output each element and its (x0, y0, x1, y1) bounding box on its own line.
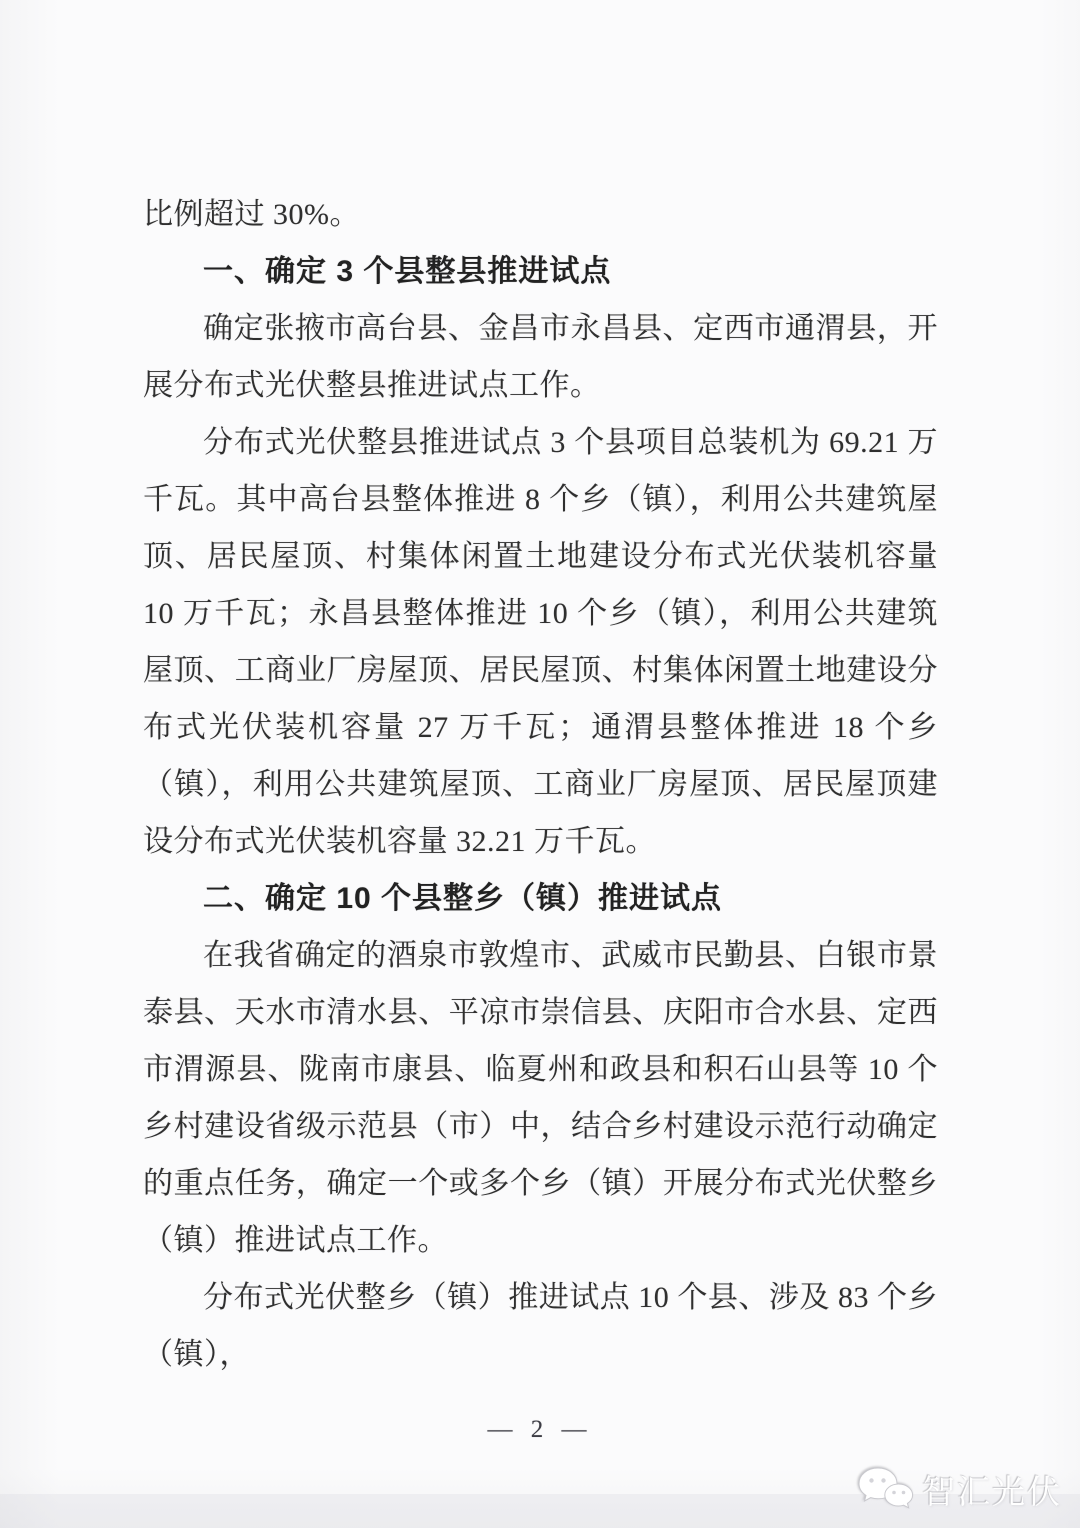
document-body: 比例超过 30%。 一、确定 3 个县整县推进试点 确定张掖市高台县、金昌市永昌… (143, 186, 938, 1383)
section-2-paragraph-1: 在我省确定的酒泉市敦煌市、武威市民勤县、白银市景泰县、天水市清水县、平凉市崇信县… (143, 927, 938, 1269)
brand-watermark: 智汇光伏 (856, 1464, 1062, 1514)
paragraph-continuation: 比例超过 30%。 (143, 186, 938, 243)
section-2-heading: 二、确定 10 个县整乡（镇）推进试点 (143, 870, 938, 927)
section-1-heading: 一、确定 3 个县整县推进试点 (143, 243, 938, 300)
brand-watermark-label: 智汇光伏 (922, 1466, 1062, 1513)
section-1-paragraph-2: 分布式光伏整县推进试点 3 个县项目总装机为 69.21 万千瓦。其中高台县整体… (143, 414, 938, 870)
page-number: — 2 — (0, 1416, 1080, 1444)
wechat-chat-bubbles-icon (856, 1464, 914, 1514)
section-2-paragraph-2: 分布式光伏整乡（镇）推进试点 10 个县、涉及 83 个乡（镇）， (143, 1269, 938, 1383)
section-1-paragraph-1: 确定张掖市高台县、金昌市永昌县、定西市通渭县，开展分布式光伏整县推进试点工作。 (143, 300, 938, 414)
